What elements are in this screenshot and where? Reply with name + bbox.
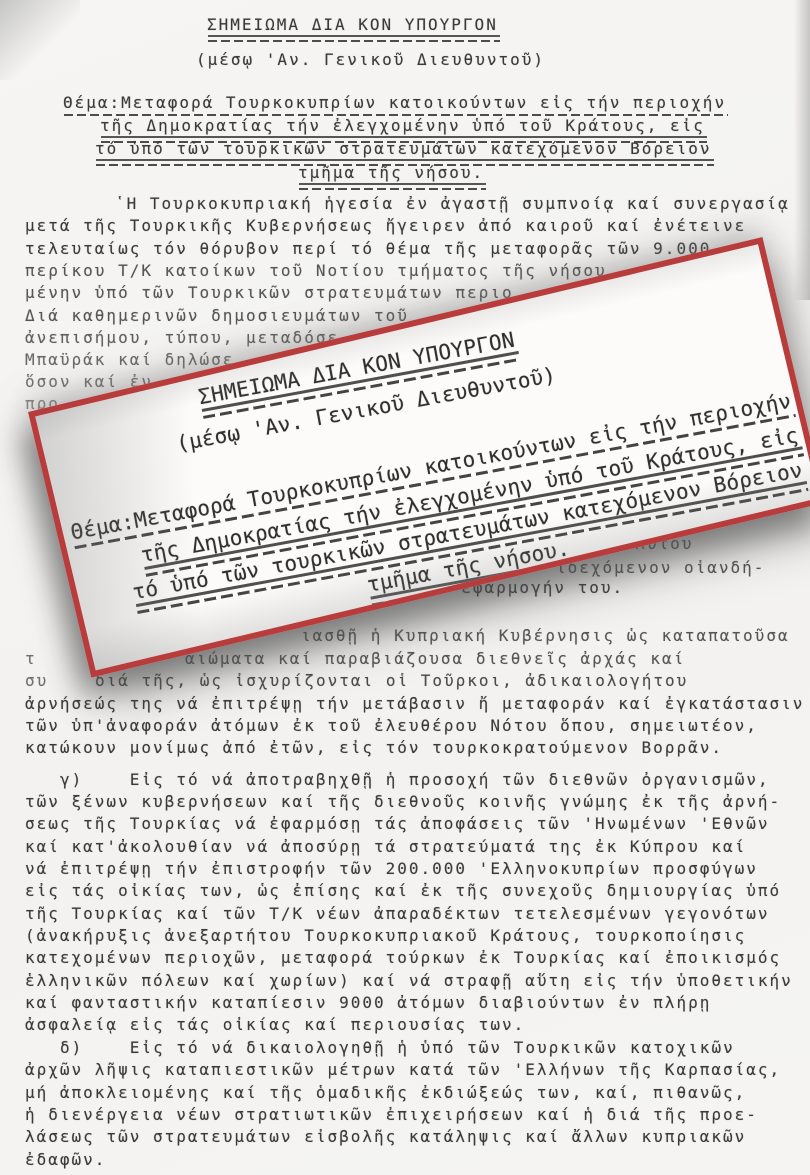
text-line: δ) Εἰς τό νά δικαιολογηθῇ ἡ ὑπό τῶν Τουρ…: [60, 1040, 735, 1057]
text-line: καί κατ'ἀκολουθίαν νά ἀποσύρῃ τά στρατεύ…: [25, 839, 746, 856]
subject-line: τό ὑπό τῶν τουρκικῶν στρατευμάτων κατεχό…: [95, 141, 712, 158]
text-line: ἀσφαλείᾳ εἰς τάς οἰκίας καί περιουσίας τ…: [25, 1017, 525, 1034]
text-line: Διά καθημερινῶν δημοσιευμάτων τοῦ: [25, 308, 409, 325]
text-line: Μπαϋράκ καί δηλώσε: [25, 352, 234, 369]
text-line: ῾Η Τουρκοκυπριακή ἡγεσία ἐν ἀγαστῇ συμπν…: [115, 196, 790, 213]
text-line: αιώματα καί παραβιάζουσα διεθνεῖς ἀρχάς …: [185, 651, 685, 668]
text-line: τῆς Τουρκίας καί τῶν Τ/Κ νέων ἀπαραδέκτω…: [25, 906, 770, 923]
text-line: μή ἀποκλειομένης καί τῆς ὁμαδικῆς ἐκδιώξ…: [25, 1085, 746, 1102]
text-line: γ) Εἰς τό νά ἀποτραβηχθῇ ἡ προσοχή τῶν δ…: [60, 772, 770, 789]
text-line: περίκου Τ/Κ κατοίκων τοῦ Νοτίου τμήματος…: [25, 263, 607, 280]
text-line: συ: [25, 673, 48, 690]
subject-line: τμῆμα τῆς νήσου.: [298, 165, 484, 182]
text-line: (ἀνακήρυξις ἀνεξαρτήτου Τουρκοκυπριακοῦ …: [25, 928, 746, 945]
magnified-inset-card: ΣΗΜΕΙΩΜΑ ΔΙΑ ΚΟΝ ΥΠΟΥΡΓΟΝ(μέσῳ 'Αν. Γενι…: [28, 237, 810, 678]
text-line: ἐδαφῶν.: [25, 1152, 106, 1169]
text-line: ἡ διενέργεια νέων στρατιωτικῶν ἐπιχειρήσ…: [25, 1107, 758, 1124]
text-line: ἀρνήσεώς της νά ἐπιτρέψῃ τήν μετάβασιν ἤ…: [25, 696, 804, 713]
page-edge-shadow: [794, 0, 810, 300]
text-line: νά ἐπιτρέψῃ τήν ἐπιστροφήν τῶν 200.000 '…: [25, 861, 758, 878]
text-line: κατώκουν μονίμως ἀπό ἐτῶν, εἰς τόν τουρκ…: [25, 740, 723, 757]
text-line: τελευταίως τόν θόρυβον περί τό θέμα τῆς …: [25, 241, 711, 258]
text-line: ἑλληνικῶν πόλεων καί χωρίων) καί νά στρα…: [25, 973, 793, 990]
text-line: ιδεχόμενον οἱανδή-: [556, 560, 765, 577]
text-line: διά τῆς, ὡς ἰσχυρίζονται οἱ Τοῦρκοι, ἀδι…: [95, 673, 688, 690]
text-line: τ: [25, 651, 37, 668]
page-corner-shadow: [0, 0, 80, 80]
page-subtitle: (μέσῳ 'Αν. Γενικοῦ Διευθυντοῦ): [196, 52, 545, 69]
text-line: ἀρχῶν λῆψις καταπιεστικῶν μέτρων κατά τῶ…: [25, 1062, 781, 1079]
text-line: λάσεως τῶν στρατευμάτων εἰσβολῆς κατάληψ…: [25, 1129, 746, 1146]
subject-line: Θέμα:Μεταφορά Τουρκοκυπρίων κατοικούντων…: [63, 95, 726, 112]
text-line: εἰς τάς οἰκίας των, ὡς ἐπίσης καί ἐκ τῆς…: [25, 883, 781, 900]
text-line: μετά τῆς Τουρκικῆς Κυβερνήσεως ἤγειρεν ἀ…: [25, 218, 746, 235]
text-line: μένην ὑπό τῶν Τουρκικῶν στρατευμάτων περ…: [25, 285, 514, 302]
text-line: ιασθῇ ἡ Κυπριακή Κυβέρνησις ὡς καταπατοῦ…: [301, 628, 790, 645]
text-line: ἀνεπισήμου, τύπου, μεταδόσε: [25, 330, 339, 347]
text-line: τῶν ξένων κυβερνήσεων καί τῆς διεθνοῦς κ…: [25, 794, 781, 811]
page-title: ΣΗΜΕΙΩΜΑ ΔΙΑ ΚΟΝ ΥΠΟΥΡΓΟΝ: [207, 17, 498, 34]
subject-line: τῆς Δημοκρατίας τήν ἐλεγχομένην ὑπό τοῦ …: [100, 118, 705, 135]
text-line: καί φανταστικήν καταπίεσιν 9000 ἀτόμων δ…: [25, 995, 711, 1012]
text-line: τῶν ὑπ'ἀναφοράν ἀτόμων ἐκ τοῦ ἐλευθέρου …: [25, 718, 758, 735]
document-page: ΣΗΜΕΙΩΜΑ ΔΙΑ ΚΟΝ ΥΠΟΥΡΓΟΝ(μέσῳ 'Αν. Γενι…: [0, 0, 810, 1175]
text-line: σεως τῆς Τουρκίας νά ἐφαρμόσῃ τάς ἀποφάσ…: [25, 816, 770, 833]
text-line: κατεχομένων περιοχῶν, μεταφορά τούρκων ἐ…: [25, 950, 781, 967]
